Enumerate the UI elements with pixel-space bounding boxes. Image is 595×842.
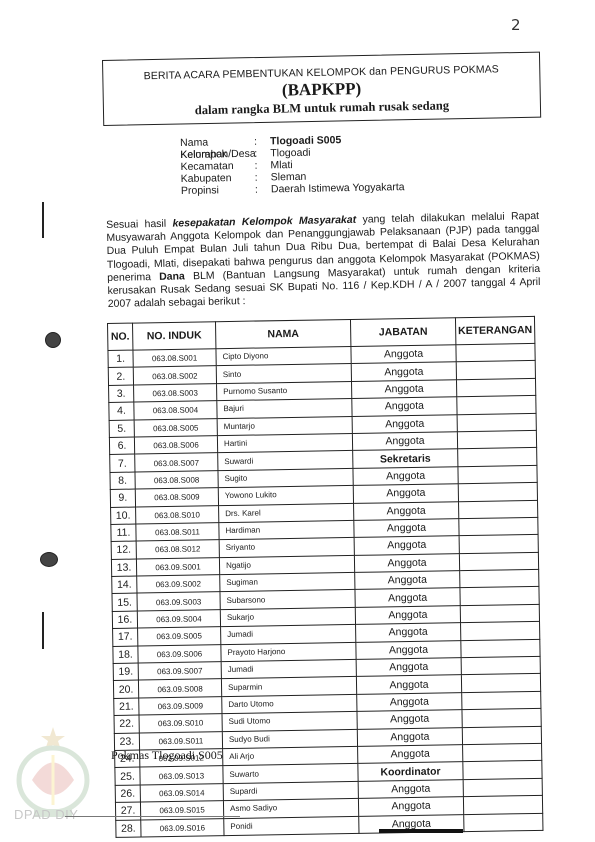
cell-nama: Darto Utomo <box>222 694 357 714</box>
title-box: BERITA ACARA PEMBENTUKAN KELOMPOK dan PE… <box>102 52 541 126</box>
cell-jabatan: Anggota <box>358 797 463 816</box>
cell-keterangan <box>459 552 538 571</box>
paragraph-text: Sesuai hasil <box>106 218 173 231</box>
info-row: Propinsi:Daerah Istimewa Yogyakarta <box>181 181 405 197</box>
cell-keterangan <box>458 465 537 484</box>
cell-jabatan: Anggota <box>358 779 463 798</box>
cell-keterangan <box>456 343 535 362</box>
cell-no-induk: 063.09.S002 <box>137 575 220 594</box>
cell-no: 16. <box>112 611 137 629</box>
info-colon: : <box>254 135 270 147</box>
cell-no-induk: 063.08.S003 <box>134 383 217 402</box>
cell-jabatan: Anggota <box>356 658 461 677</box>
cell-no: 10. <box>111 507 136 525</box>
margin-mark <box>42 612 44 649</box>
page-number: 2 <box>511 16 521 34</box>
cell-no-induk: 063.08.S006 <box>134 436 217 455</box>
info-value: Sleman <box>271 171 307 184</box>
intro-paragraph: Sesuai hasil kesepakatan Kelompok Masyar… <box>106 210 541 311</box>
cell-no-induk: 063.08.S012 <box>136 540 219 559</box>
cell-nama: Supardi <box>223 781 358 801</box>
cell-no: 21. <box>114 698 139 716</box>
cell-keterangan <box>462 726 541 745</box>
cell-jabatan: Anggota <box>353 466 458 485</box>
cell-no-induk: 063.08.S005 <box>134 418 217 437</box>
watermark-text: DPAD DIY <box>14 807 78 822</box>
cell-nama: Sriyanto <box>219 538 354 558</box>
cell-jabatan: Anggota <box>357 692 462 711</box>
cell-jabatan: Anggota <box>354 501 459 520</box>
cell-nama: Bajuri <box>217 399 352 419</box>
cell-jabatan: Anggota <box>353 484 458 503</box>
header-keterangan: KETERANGAN <box>455 316 534 344</box>
cell-no-induk: 063.08.S010 <box>136 505 219 524</box>
cell-jabatan: Anggota <box>356 640 461 659</box>
cell-nama: Yowono Lukito <box>218 486 353 506</box>
cell-keterangan <box>456 378 535 397</box>
cell-nama: Ngatijo <box>219 555 354 575</box>
cell-no: 19. <box>113 663 138 681</box>
cell-nama: Suwarto <box>223 764 358 784</box>
cell-no: 15. <box>112 594 137 612</box>
cell-keterangan <box>457 396 536 415</box>
cell-no: 5. <box>109 420 134 438</box>
cell-nama: Asmo Sadiyo <box>223 799 358 819</box>
cell-keterangan <box>463 761 542 780</box>
cell-no: 14. <box>112 576 137 594</box>
cell-keterangan <box>459 500 538 519</box>
margin-mark <box>42 202 44 238</box>
cell-keterangan <box>463 778 542 797</box>
cell-no-induk: 063.08.S008 <box>135 470 218 489</box>
punch-hole <box>45 332 61 348</box>
cell-no: 8. <box>110 472 135 490</box>
coat-of-arms-icon <box>12 725 94 820</box>
cell-keterangan <box>461 656 540 675</box>
cell-nama: Drs. Karel <box>219 503 354 523</box>
cell-no: 28. <box>116 820 141 838</box>
punch-hole <box>40 552 58 567</box>
cell-keterangan <box>458 448 537 467</box>
cell-no-induk: 063.09.S006 <box>138 644 221 663</box>
cell-no: 17. <box>113 628 138 646</box>
cell-no-induk: 063.09.S013 <box>140 766 223 785</box>
cell-jabatan: Anggota <box>357 727 462 746</box>
cell-no-induk: 063.09.S007 <box>138 662 221 681</box>
cell-nama: Jumadi <box>221 625 356 645</box>
header-jabatan: JABATAN <box>350 318 455 347</box>
cell-keterangan <box>459 517 538 536</box>
cell-no-induk: 063.08.S007 <box>135 453 218 472</box>
cell-no: 18. <box>113 646 138 664</box>
cell-keterangan <box>457 413 536 432</box>
cell-keterangan <box>463 743 542 762</box>
header-no: NO. <box>108 323 133 350</box>
info-colon: : <box>255 171 271 183</box>
cell-nama: Sudi Utomo <box>222 712 357 732</box>
cell-nama: Subarsono <box>220 590 355 610</box>
cell-keterangan <box>461 622 540 641</box>
cell-no-induk: 063.08.S009 <box>135 488 218 507</box>
cell-no: 13. <box>111 559 136 577</box>
cell-keterangan <box>456 361 535 380</box>
info-colon: : <box>254 147 270 159</box>
cell-jabatan: Anggota <box>356 623 461 642</box>
cell-keterangan <box>460 569 539 588</box>
info-value: Daerah Istimewa Yogyakarta <box>271 181 405 195</box>
group-info: Nama Kelompok:Tlogoadi S005Kelurahan/Des… <box>180 133 405 197</box>
cell-no-induk: 063.09.S004 <box>137 610 220 629</box>
cell-nama: Hardiman <box>219 520 354 540</box>
info-value: Mlati <box>270 159 292 171</box>
cell-nama: Jumadi <box>221 659 356 679</box>
cell-jabatan: Anggota <box>354 519 459 538</box>
cell-no: 12. <box>111 541 136 559</box>
cell-nama: Sudyo Budi <box>222 729 357 749</box>
cell-no-induk: 063.09.S016 <box>141 818 224 837</box>
footer-group-label: Pokmas Tlogoadi S005 <box>111 748 223 763</box>
footer-rule <box>65 816 240 817</box>
cell-no-induk: 063.08.S004 <box>134 401 217 420</box>
cell-nama: Hartini <box>217 433 352 453</box>
cell-nama: Cipto Diyono <box>216 346 351 366</box>
info-value: Tlogoadi S005 <box>270 134 341 147</box>
cell-nama: Suparmin <box>221 677 356 697</box>
cell-no-induk: 063.08.S001 <box>133 349 216 368</box>
cell-no: 20. <box>113 680 138 698</box>
cell-no-induk: 063.09.S009 <box>139 696 222 715</box>
cell-no: 2. <box>108 367 133 385</box>
cell-jabatan: Anggota <box>354 553 459 572</box>
cell-jabatan: Anggota <box>356 675 461 694</box>
info-colon: : <box>254 159 270 171</box>
cell-keterangan <box>461 674 540 693</box>
cell-jabatan: Sekretaris <box>353 449 458 468</box>
cell-no: 25. <box>115 767 140 785</box>
cell-nama: Ponidi <box>224 816 359 836</box>
cell-no-induk: 063.09.S014 <box>140 783 223 802</box>
cell-jabatan: Anggota <box>355 571 460 590</box>
cell-jabatan: Anggota <box>355 606 460 625</box>
cell-no: 22. <box>114 715 139 733</box>
cell-keterangan <box>460 587 539 606</box>
cell-nama: Sukarjo <box>220 607 355 627</box>
cell-no: 7. <box>110 454 135 472</box>
cell-jabatan: Anggota <box>351 362 456 381</box>
cell-no-induk: 063.08.S002 <box>133 366 216 385</box>
cell-no-induk: 063.09.S008 <box>138 679 221 698</box>
header-no-induk: NO. INDUK <box>133 322 216 350</box>
cell-keterangan <box>458 483 537 502</box>
info-label: Propinsi <box>181 184 255 197</box>
cell-no-induk: 063.09.S003 <box>137 592 220 611</box>
cell-no-induk: 063.09.S005 <box>138 627 221 646</box>
cell-keterangan <box>464 813 543 832</box>
cell-no-induk: 063.08.S011 <box>136 523 219 542</box>
cell-jabatan: Anggota <box>352 432 457 451</box>
cell-jabatan: Anggota <box>351 345 456 364</box>
cell-nama: Sugiman <box>220 573 355 593</box>
cell-no: 6. <box>109 437 134 455</box>
cell-no: 3. <box>109 385 134 403</box>
cell-keterangan <box>462 709 541 728</box>
header-nama: NAMA <box>215 319 350 348</box>
cell-jabatan: Anggota <box>352 397 457 416</box>
cell-no: 4. <box>109 402 134 420</box>
cell-keterangan <box>459 535 538 554</box>
cell-jabatan: Anggota <box>355 588 460 607</box>
cell-keterangan <box>460 604 539 623</box>
cell-no-induk: 063.09.S001 <box>136 557 219 576</box>
cell-no: 11. <box>111 524 136 542</box>
cell-keterangan <box>461 639 540 658</box>
cell-nama: Sugito <box>218 468 353 488</box>
cell-nama: Suwardi <box>218 451 353 471</box>
cell-jabatan: Koordinator <box>358 762 463 781</box>
cell-no: 26. <box>115 785 140 803</box>
cell-jabatan: Anggota <box>357 710 462 729</box>
cell-no: 1. <box>108 350 133 368</box>
cell-keterangan <box>463 796 542 815</box>
cell-nama: Purnomo Susanto <box>217 381 352 401</box>
cell-nama: Ali Arjo <box>223 746 358 766</box>
cell-jabatan: Anggota <box>352 414 457 433</box>
cell-no: 27. <box>115 802 140 820</box>
footer-bar <box>379 829 463 833</box>
info-value: Tlogoadi <box>270 147 310 160</box>
paragraph-bold: Dana <box>159 270 185 283</box>
cell-keterangan <box>462 691 541 710</box>
cell-nama: Sinto <box>216 364 351 384</box>
cell-no: 9. <box>110 489 135 507</box>
cell-nama: Prayoto Harjono <box>221 642 356 662</box>
cell-jabatan: Anggota <box>358 745 463 764</box>
cell-keterangan <box>457 430 536 449</box>
cell-nama: Muntarjo <box>217 416 352 436</box>
cell-jabatan: Anggota <box>354 536 459 555</box>
info-colon: : <box>255 183 271 195</box>
cell-jabatan: Anggota <box>351 379 456 398</box>
cell-no-induk: 063.09.S010 <box>139 714 222 733</box>
